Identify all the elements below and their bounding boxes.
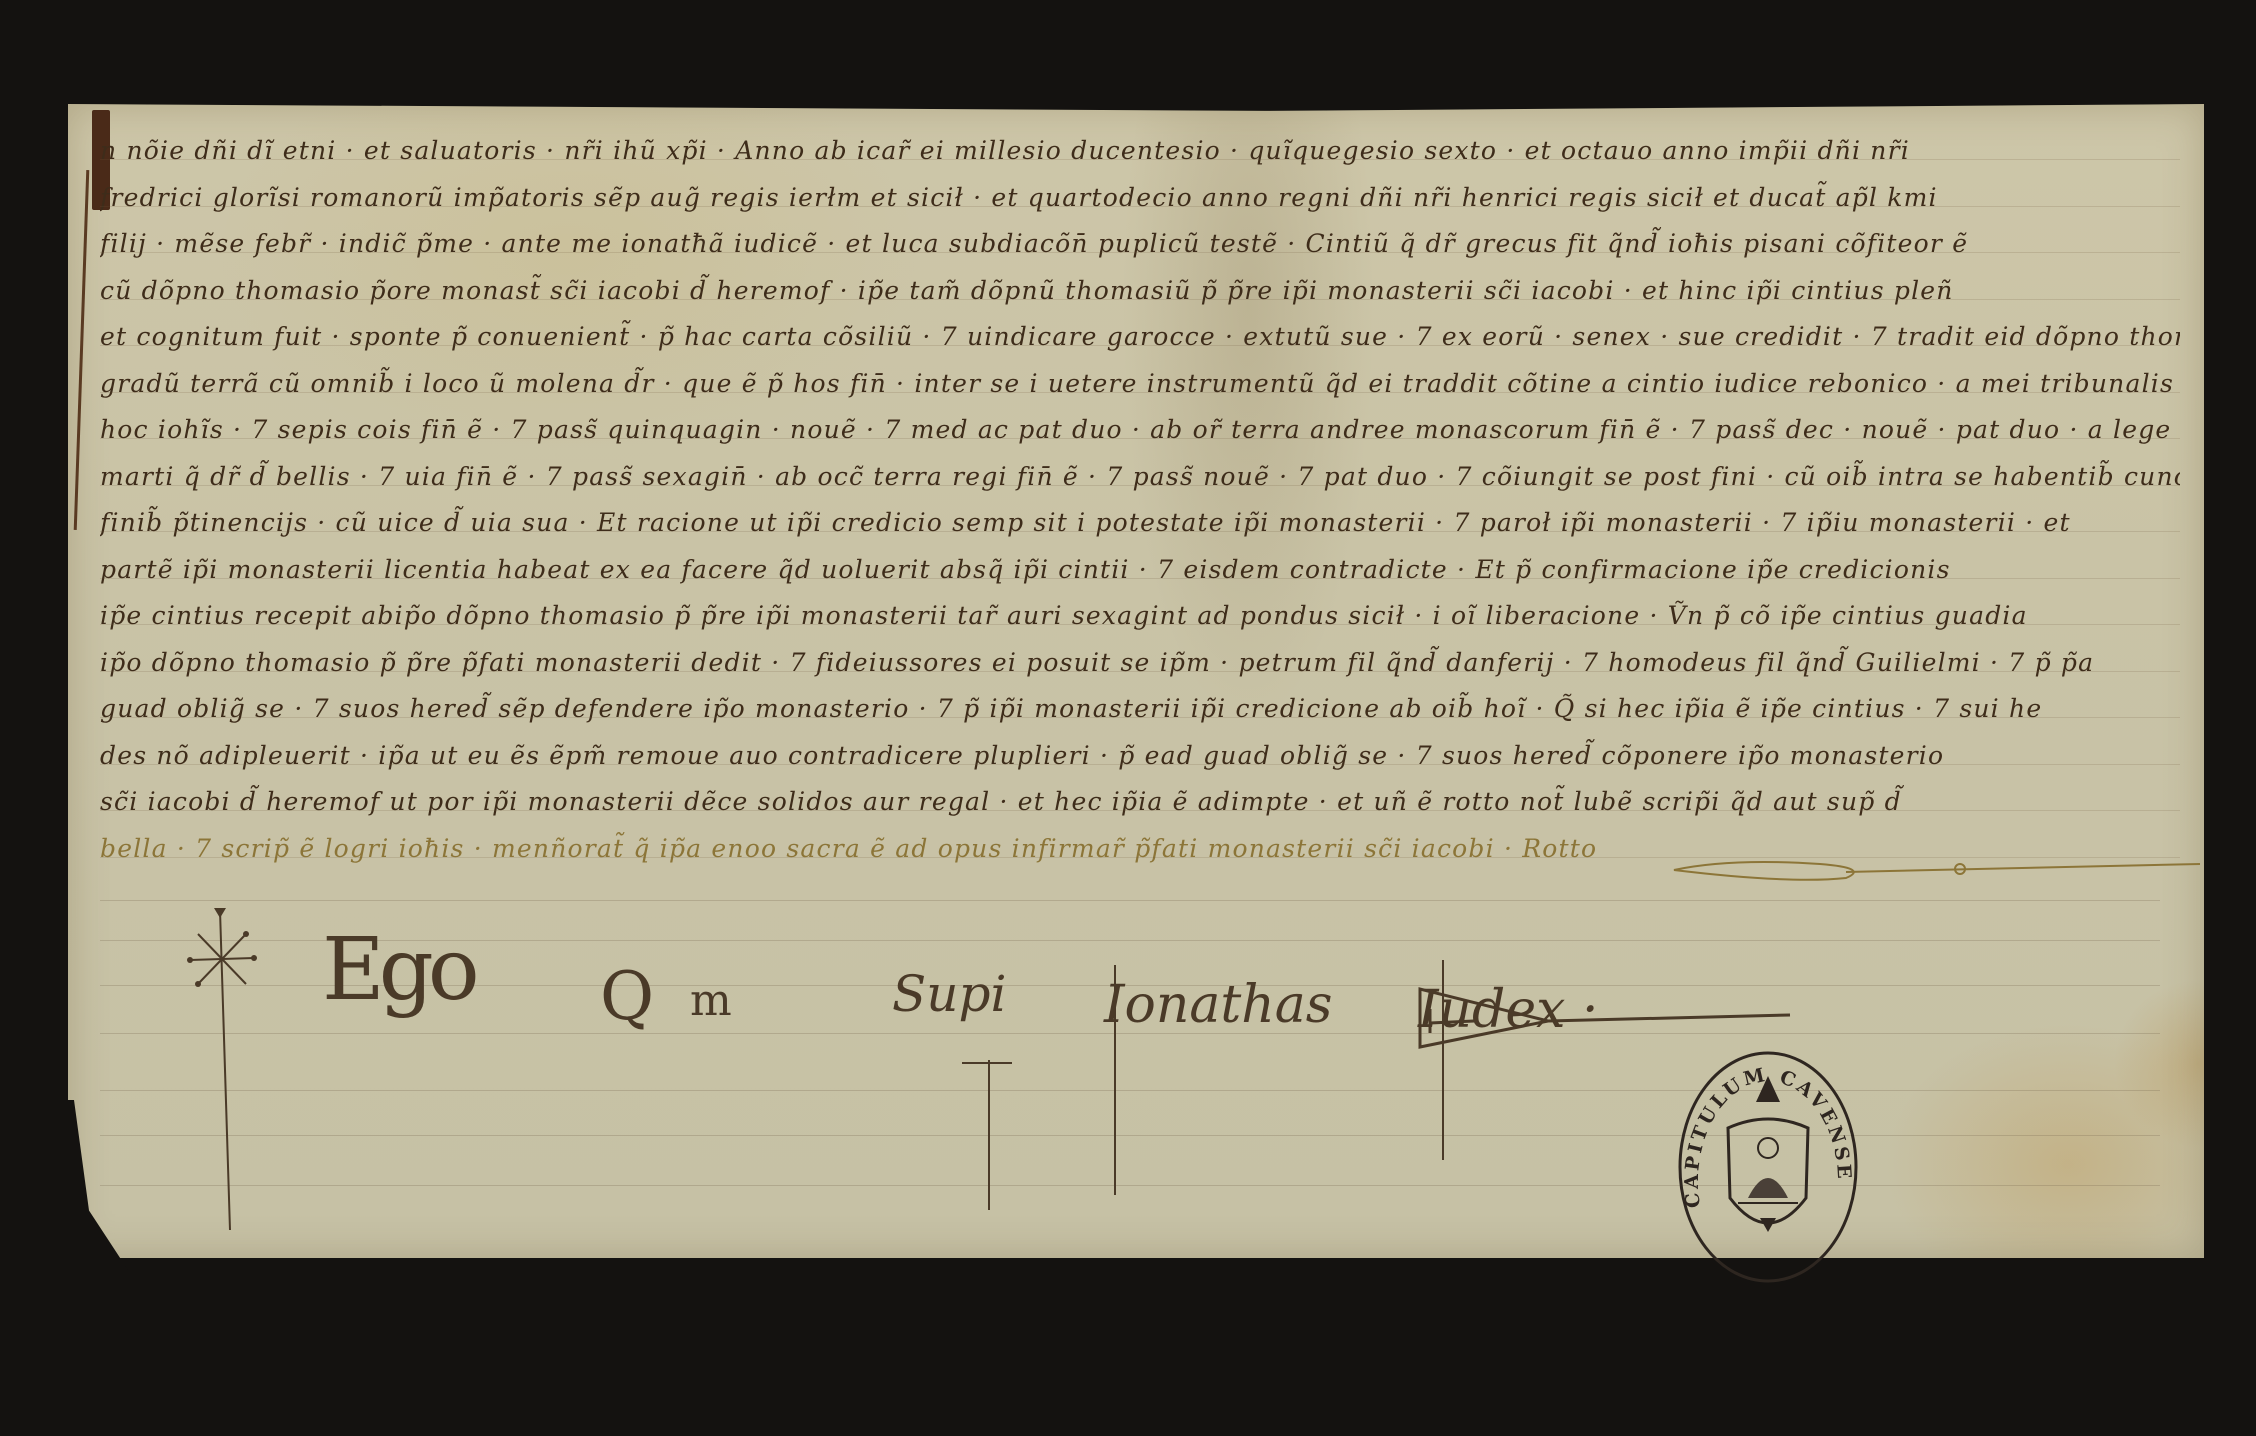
signature-stem	[988, 1060, 990, 1210]
cross-star-signum-icon	[184, 900, 264, 1240]
signature-m: m	[690, 975, 732, 1026]
signature-ionathas: Ionathas	[1104, 975, 1332, 1035]
signature-crossbar	[962, 1062, 1012, 1064]
subscription-signatures: Ego Q m Supi Ionathas Iudex ·	[0, 0, 2256, 1436]
signature-q: Q	[600, 958, 654, 1035]
signature-ego: Ego	[322, 920, 474, 1020]
chapter-seal-stamp-icon: CAPITULUM CAVENSE	[1676, 1048, 1860, 1286]
signature-stem	[1114, 965, 1116, 1195]
signature-supi: Supi	[892, 965, 1006, 1023]
